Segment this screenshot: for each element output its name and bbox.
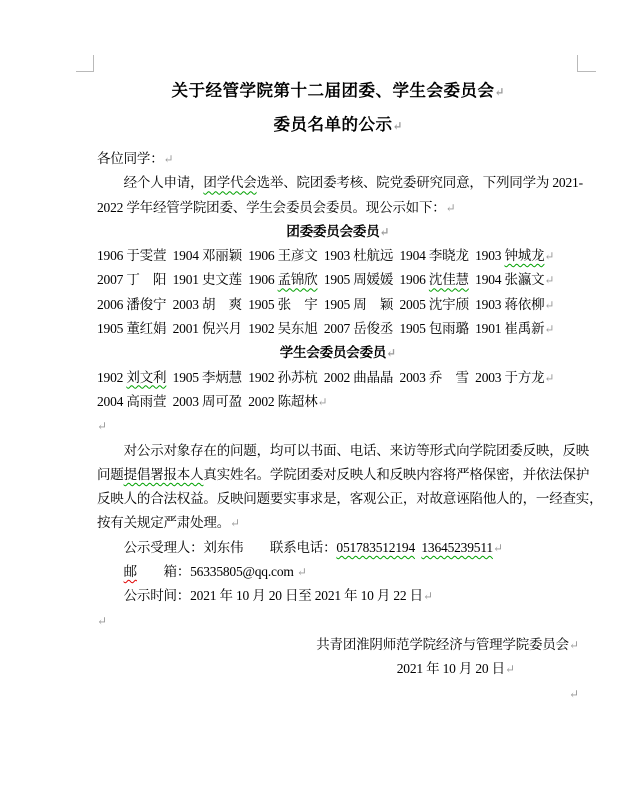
intro-text: 2022 学年经管学院团委、学生会委员会委员。现公示如下： — [97, 200, 446, 215]
member-names: 1904 张瀛文 — [469, 272, 545, 287]
paragraph-mark: ↵ — [544, 322, 554, 336]
spellcheck-flagged-text: 钟城龙 — [505, 248, 545, 263]
document-title-line-1: 关于经管学院第十二届团委、学生会委员会↵ — [97, 74, 579, 108]
notice-line-4: 按有关规定严肃处理。↵ — [97, 511, 579, 535]
contact-email-line: 邮 箱：56335805@qq.com ↵ — [97, 560, 579, 584]
document-page: 关于经管学院第十二届团委、学生会委员会↵ 委员名单的公示↵ 各位同学：↵ 经个人… — [0, 0, 637, 798]
paragraph-mark: ↵ — [423, 589, 433, 603]
empty-paragraph: ↵ — [97, 414, 579, 438]
paragraph-mark: ↵ — [544, 249, 554, 263]
paragraph-mark: ↵ — [544, 273, 554, 287]
empty-paragraph: ↵ — [97, 682, 579, 706]
signoff-date-line: 2021 年 10 月 20 日↵ — [97, 657, 579, 681]
paragraph-mark: ↵ — [505, 662, 515, 676]
member-names: 1905 董红娟 2001 倪兴月 1902 吴东旭 2007 岳俊丞 1905… — [97, 321, 544, 336]
contact-period-line: 公示时间：2021 年 10 月 20 日至 2021 年 10 月 22 日↵ — [97, 584, 579, 608]
notice-line-3: 反映人的合法权益。反映问题要实事求是，客观公正，对故意诬陷他人的，一经查实， — [97, 487, 579, 511]
paragraph-mark: ↵ — [97, 419, 107, 433]
title-text: 委员名单的公示 — [273, 115, 392, 134]
phone-number: 051783512194 — [336, 540, 415, 555]
paragraph-mark: ↵ — [230, 516, 240, 530]
spellcheck-flagged-text: 沈佳慧 — [429, 272, 469, 287]
member-names: 1905 李炳慧 1902 孙苏杭 2002 曲晶晶 2003 乔 雪 2003… — [166, 370, 544, 385]
paragraph-mark: ↵ — [380, 225, 390, 239]
paragraph-mark: ↵ — [392, 119, 402, 133]
intro-line-2: 2022 学年经管学院团委、学生会委员会委员。现公示如下：↵ — [97, 196, 579, 220]
member-row: 1906 于雯萱 1904 邓丽颖 1906 王彦文 1903 杜航远 1904… — [97, 244, 579, 268]
organization-name: 共青团淮阴师范学院经济与管理学院委员会 — [316, 637, 569, 652]
notice-text: 真实姓名。学院团委对反映人和反映内容将严格保密，并依法保护 — [203, 467, 589, 482]
notice-text: 按有关规定严肃处理。 — [97, 515, 230, 530]
notice-line-1: 对公示对象存在的问题，均可以书面、电话、来访等形式向学院团委反映，反映 — [97, 439, 579, 463]
member-names: 1906 于雯萱 1904 邓丽颖 1906 王彦文 1903 杜航远 1904… — [97, 248, 505, 263]
paragraph-mark: ↵ — [318, 395, 328, 409]
document-title-line-2: 委员名单的公示↵ — [97, 108, 579, 142]
committee-heading-tuanwei: 团委委员会委员↵ — [97, 220, 579, 244]
heading-text: 团委委员会委员 — [286, 224, 379, 239]
spellcheck-flagged-text: 孟锦欣 — [278, 272, 318, 287]
margin-crop-mark-top-left — [76, 55, 94, 72]
member-row: 1902 刘文利 1905 李炳慧 1902 孙苏杭 2002 曲晶晶 2003… — [97, 366, 579, 390]
signoff-date: 2021 年 10 月 20 日 — [397, 661, 505, 676]
contact-handler-line: 公示受理人：刘东伟 联系电话：051783512194 13645239511↵ — [97, 536, 579, 560]
intro-line-1: 经个人申请，团学代会选举、院团委考核、院党委研究同意，下列同学为 2021- — [97, 171, 579, 195]
paragraph-mark: ↵ — [164, 152, 174, 166]
phone-number: 13645239511 — [421, 540, 493, 555]
notice-text: 问题 — [97, 467, 124, 482]
member-row: 1905 董红娟 2001 倪兴月 1902 吴东旭 2007 岳俊丞 1905… — [97, 317, 579, 341]
member-row: 2006 潘俊宁 2003 胡 爽 1905 张 宇 1905 周 颖 2005… — [97, 293, 579, 317]
spellcheck-flagged-text: 提倡署报本人 — [124, 467, 204, 482]
salutation-line: 各位同学：↵ — [97, 147, 579, 171]
email-address: 箱：56335805@qq.com — [137, 564, 297, 579]
paragraph-mark: ↵ — [97, 614, 107, 628]
margin-crop-mark-top-right — [577, 55, 596, 72]
notice-text: 对公示对象存在的问题，均可以书面、电话、来访等形式向学院团委反映，反映 — [97, 443, 589, 458]
member-names: 2006 潘俊宁 2003 胡 爽 1905 张 宇 1905 周 颖 2005… — [97, 297, 544, 312]
spacer-text — [97, 564, 124, 579]
publicity-period-text: 公示时间：2021 年 10 月 20 日至 2021 年 10 月 22 日 — [97, 588, 423, 603]
paragraph-mark: ↵ — [544, 298, 554, 312]
member-row: 2004 高雨萱 2003 周可盈 2002 陈超林↵ — [97, 390, 579, 414]
title-text: 关于经管学院第十二届团委、学生会委员会 — [171, 81, 494, 100]
intro-text: 选举、院团委考核、院党委研究同意，下列同学为 2021- — [257, 175, 583, 190]
empty-paragraph: ↵ — [97, 609, 579, 633]
contact-label: 公示受理人：刘东伟 联系电话： — [97, 540, 336, 555]
paragraph-mark: ↵ — [569, 687, 579, 701]
heading-text: 学生会委员会委员 — [280, 345, 386, 360]
signoff-org-line: 共青团淮阴师范学院经济与管理学院委员会↵ — [97, 633, 579, 657]
spellcheck-flagged-text: 邮 — [124, 564, 137, 579]
spellcheck-flagged-text: 团学代会 — [203, 175, 256, 190]
member-names: 1905 周媛媛 1906 — [318, 272, 429, 287]
paragraph-mark: ↵ — [297, 565, 307, 579]
document-body: 关于经管学院第十二届团委、学生会委员会↵ 委员名单的公示↵ 各位同学：↵ 经个人… — [97, 74, 579, 706]
committee-heading-student-union: 学生会委员会委员↵ — [97, 341, 579, 365]
salutation-text: 各位同学： — [97, 151, 164, 166]
paragraph-mark: ↵ — [446, 201, 456, 215]
paragraph-mark: ↵ — [569, 638, 579, 652]
member-names: 2004 高雨萱 2003 周可盈 2002 陈超林 — [97, 394, 318, 409]
paragraph-mark: ↵ — [386, 346, 396, 360]
spellcheck-flagged-text: 刘文利 — [126, 370, 166, 385]
member-names: 1902 — [97, 370, 126, 385]
paragraph-mark: ↵ — [494, 85, 504, 99]
intro-text: 经个人申请， — [97, 175, 203, 190]
paragraph-mark: ↵ — [544, 371, 554, 385]
notice-line-2: 问题提倡署报本人真实姓名。学院团委对反映人和反映内容将严格保密，并依法保护 — [97, 463, 579, 487]
member-names: 2007 丁 阳 1901 史文莲 1906 — [97, 272, 278, 287]
notice-text: 反映人的合法权益。反映问题要实事求是，客观公正，对故意诬陷他人的，一经查实， — [97, 491, 602, 506]
member-row: 2007 丁 阳 1901 史文莲 1906 孟锦欣 1905 周媛媛 1906… — [97, 268, 579, 292]
paragraph-mark: ↵ — [493, 541, 503, 555]
